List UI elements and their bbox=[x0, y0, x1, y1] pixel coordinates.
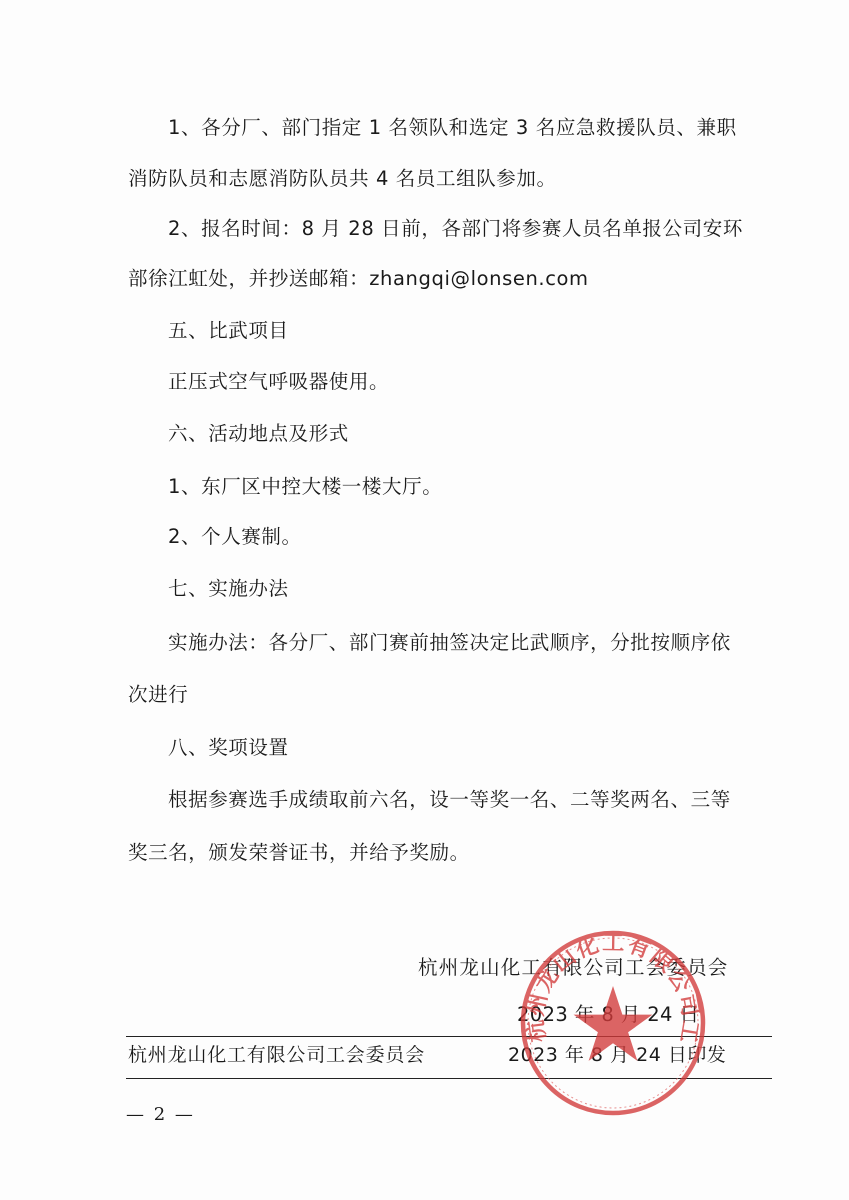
paragraph-line: 2、个人赛制。 bbox=[168, 525, 302, 549]
footer-bottom-rule bbox=[126, 1078, 772, 1079]
footer-issuer: 杭州龙山化工有限公司工会委员会 bbox=[128, 1043, 425, 1067]
footer-issue-date: 2023 年 8 月 24 日印发 bbox=[508, 1043, 726, 1067]
paragraph-line: 奖三名，颁发荣誉证书，并给予奖励。 bbox=[128, 841, 470, 865]
paragraph-line: 1、各分厂、部门指定 1 名领队和选定 3 名应急救援队员、兼职 bbox=[168, 116, 720, 140]
paragraph-line: 消防队员和志愿消防队员共 4 名员工组队参加。 bbox=[128, 167, 557, 191]
paragraph-line: 次进行 bbox=[128, 683, 188, 707]
signature-date: 2023 年 8 月 24 日 bbox=[517, 1003, 699, 1027]
section-heading: 六、活动地点及形式 bbox=[168, 422, 349, 446]
paragraph-line: 部徐江虹处，并抄送邮箱：zhangqi@lonsen.com bbox=[128, 267, 589, 291]
svg-text:杭州龙山化工有限公司工会委员会: 杭州龙山化工有限公司工会委员会 bbox=[518, 928, 703, 1046]
paragraph-line: 1、东厂区中控大楼一楼大厅。 bbox=[168, 475, 442, 499]
paragraph-line: 正压式空气呼吸器使用。 bbox=[168, 370, 389, 394]
signature-organization: 杭州龙山化工有限公司工会委员会 bbox=[418, 956, 729, 980]
paragraph-line: 2、报名时间：8 月 28 日前，各部门将参赛人员名单报公司安环 bbox=[168, 217, 720, 241]
section-heading: 五、比武项目 bbox=[168, 319, 289, 343]
paragraph-line: 实施办法：各分厂、部门赛前抽签决定比武顺序，分批按顺序依 bbox=[168, 631, 720, 655]
document-page: 1、各分厂、部门指定 1 名领队和选定 3 名应急救援队员、兼职 消防队员和志愿… bbox=[0, 0, 849, 1200]
page-number: — 2 — bbox=[126, 1103, 195, 1127]
section-heading: 七、实施办法 bbox=[168, 577, 289, 601]
paragraph-line: 根据参赛选手成绩取前六名，设一等奖一名、二等奖两名、三等 bbox=[168, 788, 720, 812]
section-heading: 八、奖项设置 bbox=[168, 736, 289, 760]
footer-top-rule bbox=[126, 1036, 772, 1037]
